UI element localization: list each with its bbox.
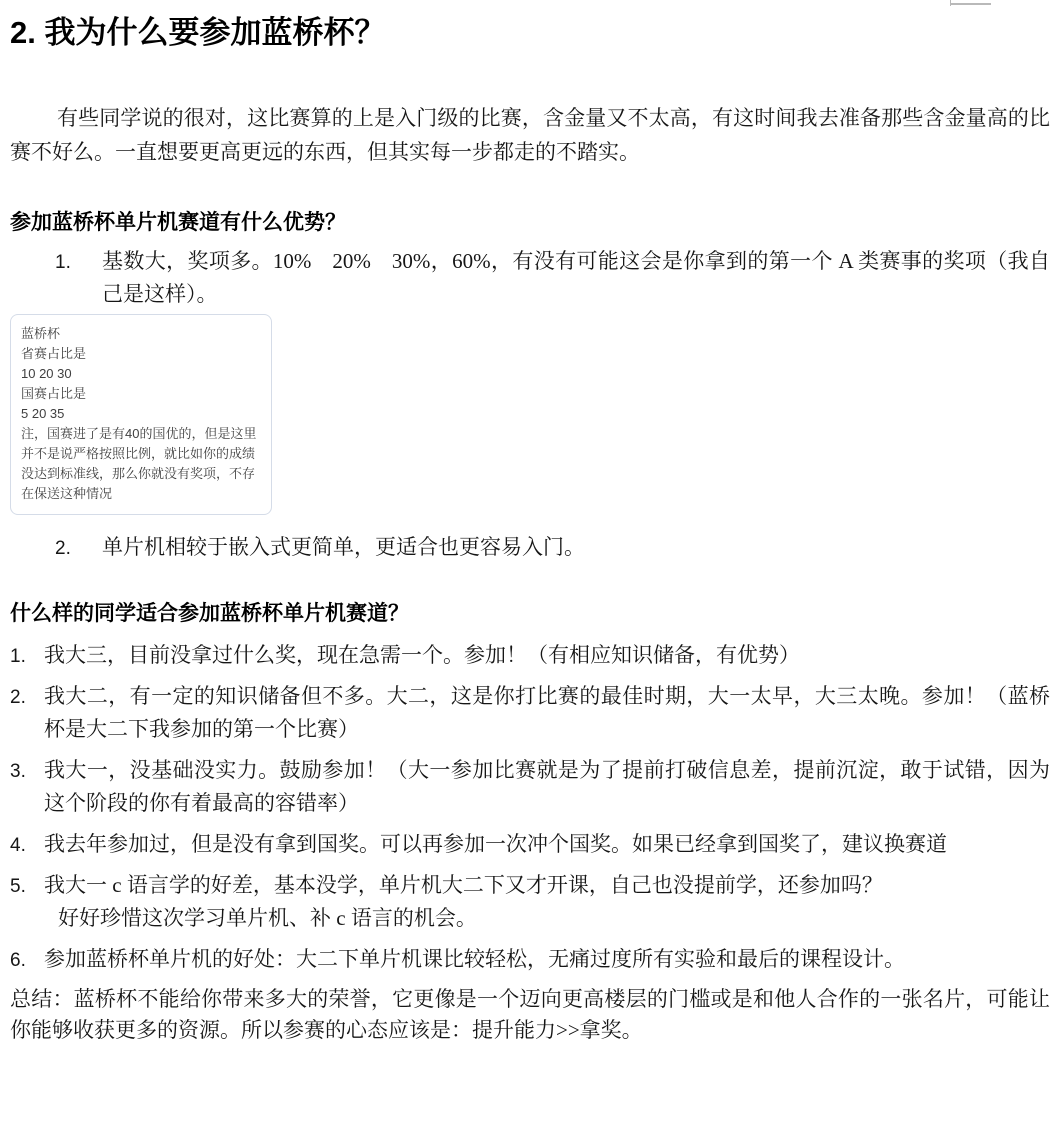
list-item-text: 我大二，有一定的知识储备但不多。大二，这是你打比赛的最佳时期，大一太早，大三太晚…: [44, 684, 1050, 741]
suitable-list-item: 6. 参加蓝桥杯单片机的好处：大二下单片机课比较轻松，无痛过度所有实验和最后的课…: [10, 943, 1050, 976]
quote-line: 蓝桥杯: [21, 324, 261, 344]
quote-line: 10 20 30: [21, 364, 261, 384]
list-number: 1.: [55, 246, 71, 279]
list-item-text: 我大三，目前没拿过什么奖，现在急需一个。参加！（有相应知识储备，有优势）: [44, 643, 800, 667]
list-item-text: 我大一，没基础没实力。鼓励参加！（大一参加比赛就是为了提前打破信息差，提前沉淀，…: [44, 758, 1050, 815]
suitable-list-item: 5. 我大一 c 语言学的好差，基本没学，单片机大二下又才开课，自己也没提前学，…: [10, 869, 1050, 902]
document-page: 2. 我为什么要参加蓝桥杯？ 有些同学说的很对，这比赛算的上是入门级的比赛，含金…: [0, 0, 1063, 1131]
list-item-text: 我大一 c 语言学的好差，基本没学，单片机大二下又才开课，自己也没提前学，还参加…: [44, 873, 883, 897]
suitable-list-item: 4. 我去年参加过，但是没有拿到国奖。可以再参加一次冲个国奖。如果已经拿到国奖了…: [10, 828, 1050, 861]
summary-paragraph: 总结：蓝桥杯不能给你带来多大的荣誉，它更像是一个迈向更高楼层的门槛或是和他人合作…: [10, 984, 1050, 1046]
advantages-list-item: 2. 单片机相较于嵌入式更简单，更适合也更容易入门。: [10, 531, 1050, 564]
section-title-advantages: 参加蓝桥杯单片机赛道有什么优势？: [10, 209, 1050, 236]
suitable-list-item: 2. 我大二，有一定的知识储备但不多。大二，这是你打比赛的最佳时期，大一太早，大…: [10, 680, 1050, 746]
page-edge-artifact-line: [950, 3, 991, 5]
list-number: 2.: [10, 681, 26, 714]
list-item-text: 基数大，奖项多。10% 20% 30%，60%，有没有可能这会是你拿到的第一个 …: [102, 249, 1050, 306]
quote-box: 蓝桥杯 省赛占比是 10 20 30 国赛占比是 5 20 35 注，国赛进了是…: [10, 314, 272, 515]
intro-paragraph: 有些同学说的很对，这比赛算的上是入门级的比赛，含金量又不太高，有这时间我去准备那…: [10, 101, 1050, 169]
list-number: 6.: [10, 944, 26, 977]
section-title-suitable: 什么样的同学适合参加蓝桥杯单片机赛道？: [10, 600, 1050, 627]
quote-line: 5 20 35: [21, 404, 261, 424]
list-number: 4.: [10, 829, 26, 862]
list-item-text: 单片机相较于嵌入式更简单，更适合也更容易入门。: [102, 535, 585, 559]
page-edge-artifact-tick: [950, 0, 951, 6]
list-number: 3.: [10, 755, 26, 788]
list-number: 1.: [10, 640, 26, 673]
quote-line: 国赛占比是: [21, 384, 261, 404]
suitable-list-item: 3. 我大一，没基础没实力。鼓励参加！（大一参加比赛就是为了提前打破信息差，提前…: [10, 754, 1050, 820]
quote-note: 注，国赛进了是有40的国优的，但是这里并不是说严格按照比例，就比如你的成绩没达到…: [21, 424, 261, 504]
suitable-list-item: 1. 我大三，目前没拿过什么奖，现在急需一个。参加！（有相应知识储备，有优势）: [10, 639, 1050, 672]
list-number: 2.: [55, 532, 71, 565]
quote-line: 省赛占比是: [21, 344, 261, 364]
advantages-list-item: 1. 基数大，奖项多。10% 20% 30%，60%，有没有可能这会是你拿到的第…: [10, 245, 1050, 311]
list-number: 5.: [10, 870, 26, 903]
item5-answer: 好好珍惜这次学习单片机、补 c 语言的机会。: [10, 902, 1050, 935]
list-item-text: 我去年参加过，但是没有拿到国奖。可以再参加一次冲个国奖。如果已经拿到国奖了，建议…: [44, 832, 947, 856]
list-item-text: 参加蓝桥杯单片机的好处：大二下单片机课比较轻松，无痛过度所有实验和最后的课程设计…: [44, 947, 905, 971]
page-title: 2. 我为什么要参加蓝桥杯？: [10, 12, 1050, 54]
